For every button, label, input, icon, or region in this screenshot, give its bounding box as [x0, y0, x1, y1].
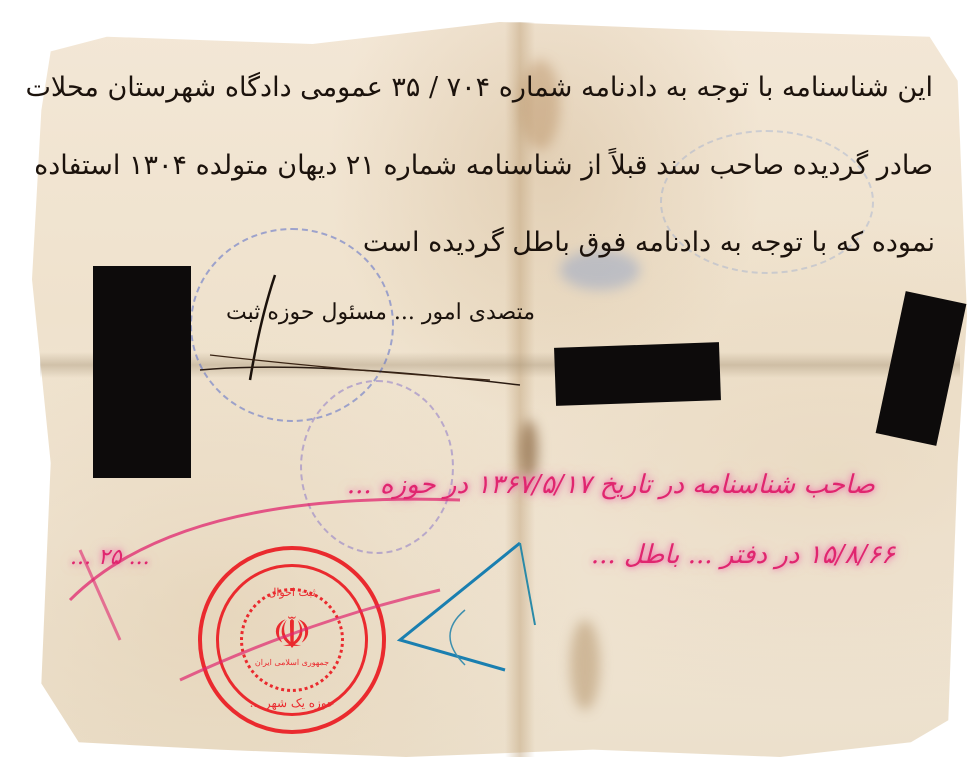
stain [570, 620, 600, 710]
signature-icon [190, 260, 530, 400]
pink-annotation-line-2: ۱۵/۸/۶۶ در دفتر ... باطل ... [591, 540, 895, 570]
redaction-bar [554, 342, 721, 406]
pink-strike-marks [60, 470, 480, 710]
redaction-bar [93, 266, 191, 478]
handwritten-line-1: این شناسنامه با توجه به دادنامه شماره ۷۰… [25, 72, 933, 103]
handwritten-line-3: نموده که با توجه به دادنامه فوق باطل گرد… [363, 227, 935, 258]
handwritten-line-2: صادر گردیده صاحب سند قبلاً از شناسنامه ش… [34, 150, 933, 181]
